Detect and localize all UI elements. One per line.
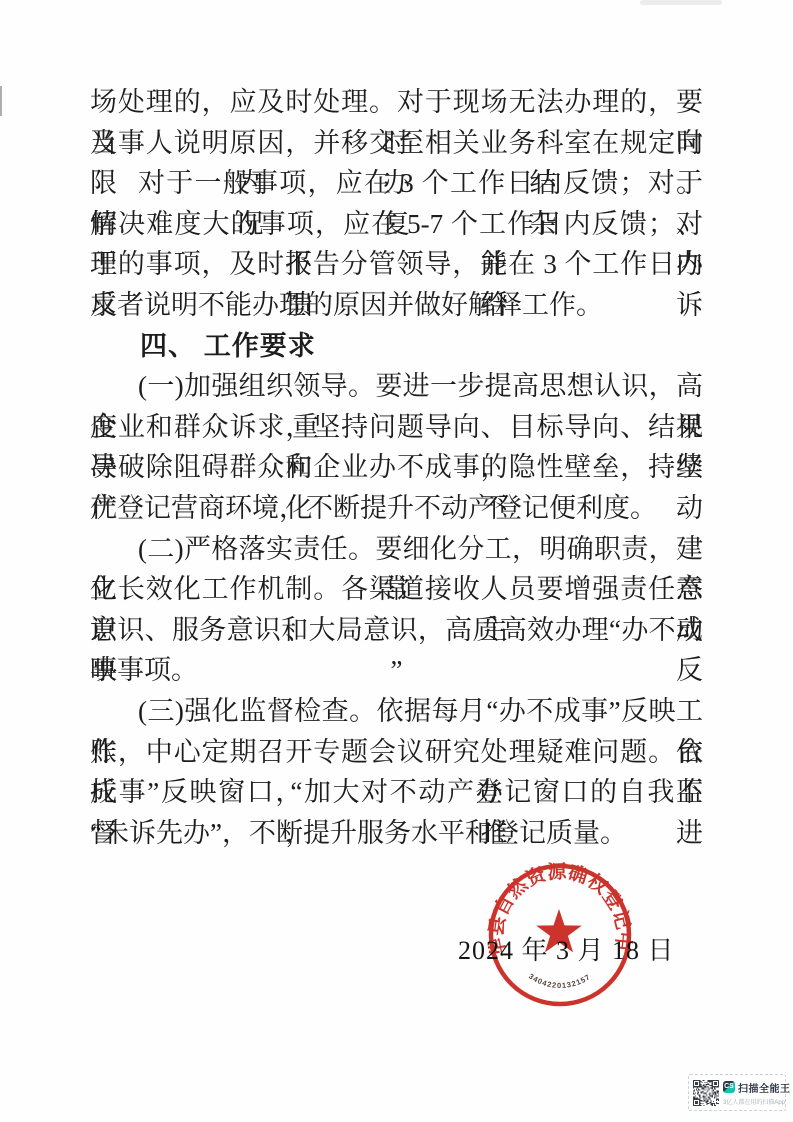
doc-line: 化长效化工作机制。各渠道接收人员要增强责任意识、主动 bbox=[90, 569, 703, 610]
doc-line: 对于一般事项，应在 3 个工作日内反馈；对于情况复杂、 bbox=[90, 163, 703, 204]
official-seal: 华县自然资源确权登记中心 3404220132157 bbox=[486, 861, 634, 1009]
doc-line: (一)加强组织领导。要进一步提高思想认识，高度重 视 bbox=[90, 366, 703, 407]
seal-star-icon bbox=[536, 909, 582, 952]
document-body: 场处理的，应及时处理。对于现场无法办理的，要及时向 当事人说明原因，并移交至相关… bbox=[90, 82, 703, 853]
camscanner-text-block: CS 扫描全能王 3亿人都在用的扫描App bbox=[723, 1080, 781, 1106]
doc-line: 成事”反映窗口，加大对不动产登记窗口的自我监督，推进 bbox=[90, 772, 703, 813]
doc-line: 场处理的，应及时处理。对于现场无法办理的，要及时向 bbox=[90, 82, 703, 123]
doc-line: 产登记营商环境，不断提升不动产登记便利度。 bbox=[90, 488, 703, 529]
doc-line: 意识、服务意识和大局意识，高质高效办理“办不成事”反 bbox=[90, 610, 703, 651]
doc-line: 企业和群众诉求，坚持问题导向、目标导向、结果导向，坚 bbox=[90, 407, 703, 448]
scanned-document-page: 场处理的，应及时处理。对于现场无法办理的，要及时向 当事人说明原因，并移交至相关… bbox=[0, 0, 793, 1122]
camscanner-subtitle: 3亿人都在用的扫描App bbox=[723, 1097, 781, 1106]
svg-text:3404220132157: 3404220132157 bbox=[527, 972, 592, 990]
camscanner-watermark: CS 扫描全能王 3亿人都在用的扫描App bbox=[688, 1074, 786, 1111]
doc-line: 理的事项，及时报告分管领导，并在 3 个工作日内反馈给诉 bbox=[90, 244, 703, 285]
scan-smudge bbox=[640, 0, 722, 5]
camscanner-logo-icon: CS bbox=[723, 1081, 735, 1093]
seal-code: 3404220132157 bbox=[527, 972, 592, 990]
doc-line: (二)严格落实责任。要细化分工，明确职责，建立常态 bbox=[90, 529, 703, 570]
doc-line: (三)强化监督检查。依据每月“办不成事”反映工作台 bbox=[90, 691, 703, 732]
qr-code bbox=[693, 1080, 719, 1106]
doc-line: 账，中心定期召开专题会议研究处理疑难问题。依托“办不 bbox=[90, 732, 703, 773]
doc-line: “未诉先办”，不断提升服务水平和登记质量。 bbox=[90, 813, 703, 854]
section-heading: 四、 工作要求 bbox=[90, 326, 703, 367]
svg-text:华县自然资源确权登记中心: 华县自然资源确权登记中心 bbox=[486, 861, 634, 959]
seal-ring-text: 华县自然资源确权登记中心 bbox=[486, 861, 634, 959]
doc-line: 决破除阻碍群众和企业办不成事的隐性壁垒，持续优化不动 bbox=[90, 447, 703, 488]
doc-line: 当事人说明原因，并移交至相关业务科室在规定时限内办结。 bbox=[90, 123, 703, 164]
doc-line: 解决难度大的事项，应在 5-7 个工作日内反馈；对于不能办 bbox=[90, 204, 703, 245]
camscanner-title: 扫描全能王 bbox=[738, 1080, 791, 1095]
scan-edge-artifact bbox=[0, 86, 2, 116]
